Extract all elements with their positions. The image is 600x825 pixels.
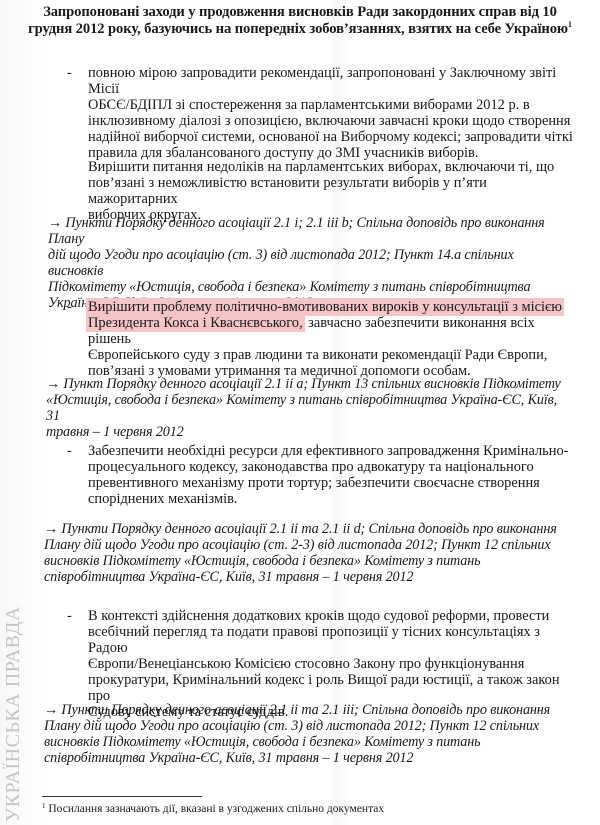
title-line-1: Запропоновані заходи у продовження висно… (20, 4, 580, 21)
section-1-extra-text: Вирішити питання недоліків на парламентс… (88, 159, 578, 223)
bullet-dash: - (67, 299, 72, 315)
footnote-text: Посилання зазначають дії, вказані в узго… (46, 803, 385, 815)
section-3-reference: → Пункти Порядку денного асоціації 2.1 i… (44, 521, 564, 585)
bullet-dash: - (67, 608, 72, 624)
section-1-text: повною мірою запровадити рекомендації, з… (88, 65, 578, 161)
footnote: 1 Посилання зазначають дії, вказані в уз… (42, 803, 384, 816)
section-1-reference: → Пункти Порядку денного асоціації 2.1 і… (48, 215, 568, 311)
footnote-marker[interactable]: 1 (568, 20, 572, 29)
section-2-text: Вирішити проблему політично-вмотивованих… (88, 299, 578, 379)
bullet-dash: - (67, 65, 72, 81)
watermark-logo: УКРАЇНСЬКА ПРАВДА (2, 606, 24, 822)
document-title: Запропоновані заходи у продовження висно… (20, 4, 580, 38)
section-3-text: Забезпечити необхідні ресурси для ефекти… (88, 443, 578, 507)
bullet-dash: - (67, 443, 72, 459)
highlighted-text: Президента Кокса і Кваснєвського, (86, 314, 305, 332)
section-2-reference: → Пункт Порядку денного асоціації 2.1 ii… (46, 376, 566, 440)
document-page: Запропоновані заходи у продовження висно… (0, 0, 600, 825)
title-line-2: грудня 2012 року, базуючись на попередні… (20, 21, 580, 38)
section-4-reference: → Пункти Порядку денного асоціації 2.1 i… (44, 702, 564, 766)
footnote-divider (42, 796, 202, 797)
